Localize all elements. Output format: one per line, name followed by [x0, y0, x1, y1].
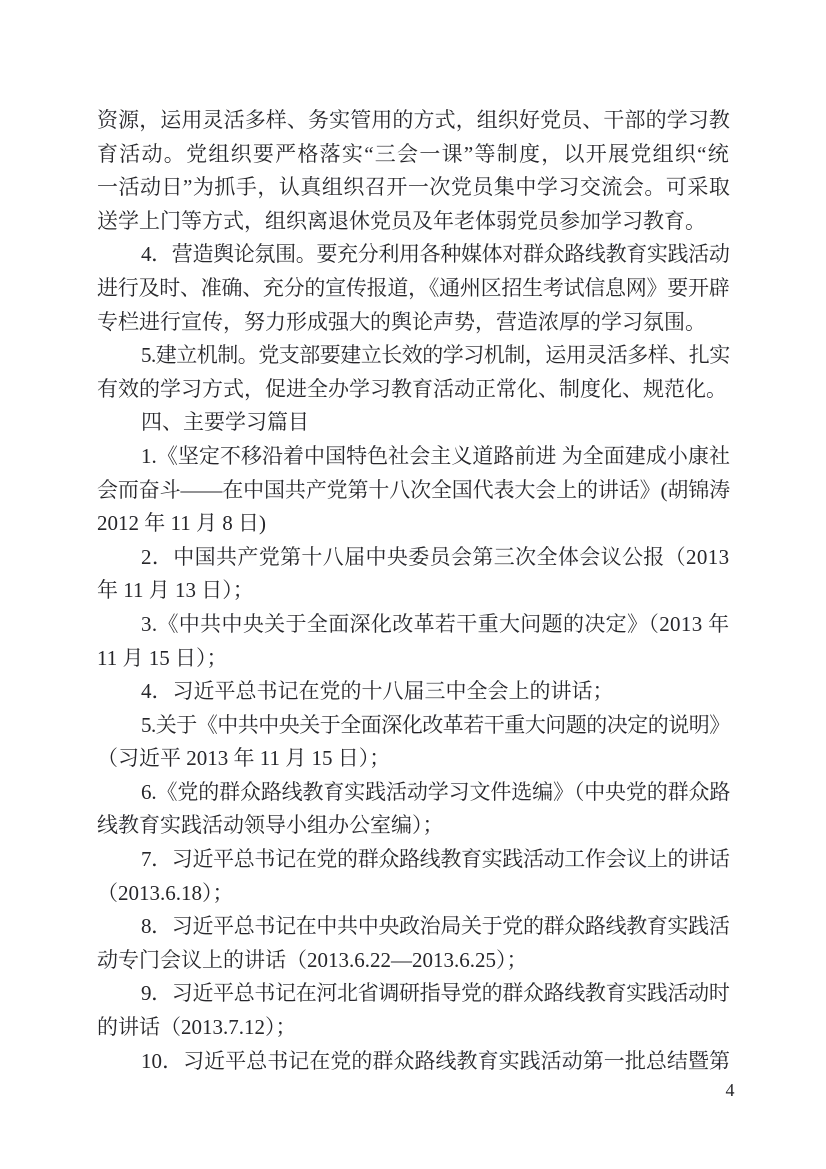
text-line: （2013.6.18）； [97, 877, 730, 911]
text-line: 2012 年 11 月 8 日) [97, 507, 730, 541]
text-block: 资源，运用灵活多样、务实管用的方式，组织好党员、干部的学习教育活动。党组织要严格… [97, 104, 730, 1078]
text-line: 7．习近平总书记在党的群众路线教育实践活动工作会议上的讲话 [97, 843, 730, 877]
text-line: 的讲话（2013.7.12）； [97, 1011, 730, 1045]
text-line: （习近平 2013 年 11 月 15 日）； [97, 742, 730, 776]
text-line: 育活动。党组织要严格落实“三会一课”等制度，以开展党组织“统 [97, 138, 730, 172]
text-line: 9．习近平总书记在河北省调研指导党的群众路线教育实践活动时 [97, 977, 730, 1011]
text-line: 10．习近平总书记在党的群众路线教育实践活动第一批总结暨第 [97, 1045, 730, 1079]
text-line: 11 月 15 日）； [97, 642, 730, 676]
document-page: 资源，运用灵活多样、务实管用的方式，组织好党员、干部的学习教育活动。党组织要严格… [0, 0, 826, 1169]
text-line: 4．营造舆论氛围。要充分利用各种媒体对群众路线教育实践活动 [97, 238, 730, 272]
text-line: 四、主要学习篇目 [97, 406, 730, 440]
text-line: 5.建立机制。党支部要建立长效的学习机制，运用灵活多样、扎实 [97, 339, 730, 373]
text-line: 8．习近平总书记在中共中央政治局关于党的群众路线教育实践活 [97, 910, 730, 944]
text-line: 1.《坚定不移沿着中国特色社会主义道路前进 为全面建成小康社 [97, 440, 730, 474]
text-line: 会而奋斗——在中国共产党第十八次全国代表大会上的讲话》(胡锦涛 [97, 474, 730, 508]
text-line: 3.《中共中央关于全面深化改革若干重大问题的决定》（2013 年 [97, 608, 730, 642]
text-line: 资源，运用灵活多样、务实管用的方式，组织好党员、干部的学习教 [97, 104, 730, 138]
text-line: 2．中国共产党第十八届中央委员会第三次全体会议公报（2013 [97, 541, 730, 575]
text-line: 有效的学习方式，促进全办学习教育活动正常化、制度化、规范化。 [97, 373, 730, 407]
text-line: 专栏进行宣传，努力形成强大的舆论声势，营造浓厚的学习氛围。 [97, 306, 730, 340]
text-line: 6.《党的群众路线教育实践活动学习文件选编》（中央党的群众路 [97, 776, 730, 810]
text-line: 一活动日”为抓手，认真组织召开一次党员集中学习交流会。可采取 [97, 171, 730, 205]
page-number: 4 [718, 1078, 742, 1102]
text-line: 线教育实践活动领导小组办公室编）； [97, 809, 730, 843]
text-line: 年 11 月 13 日）； [97, 574, 730, 608]
text-line: 4．习近平总书记在党的十八届三中全会上的讲话； [97, 675, 730, 709]
text-line: 5.关于《中共中央关于全面深化改革若干重大问题的决定的说明》 [97, 709, 730, 743]
text-line: 送学上门等方式，组织离退休党员及年老体弱党员参加学习教育。 [97, 205, 730, 239]
text-line: 进行及时、准确、充分的宣传报道，《通州区招生考试信息网》要开辟 [97, 272, 730, 306]
text-line: 动专门会议上的讲话（2013.6.22—2013.6.25）； [97, 944, 730, 978]
